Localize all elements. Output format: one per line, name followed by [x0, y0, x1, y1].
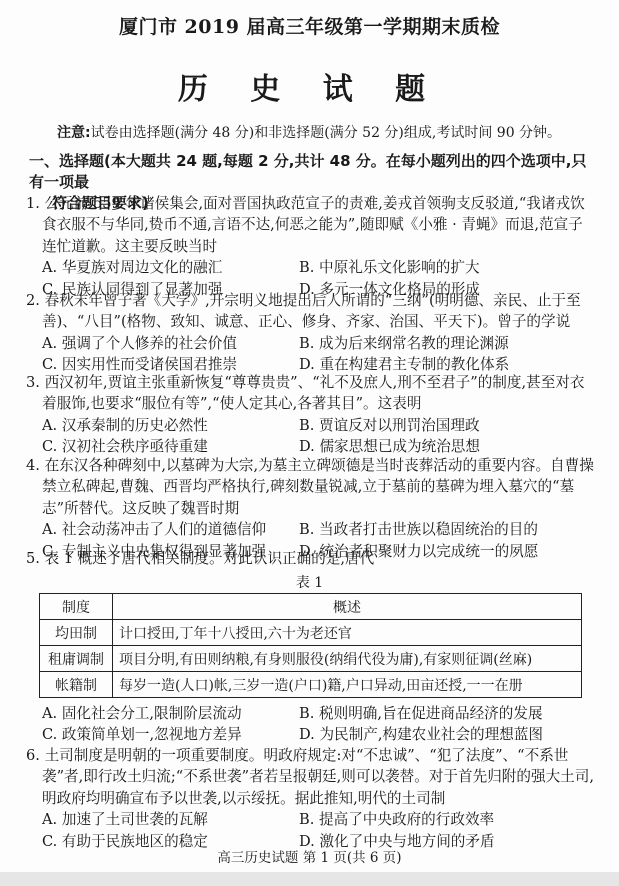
notice-label: 注意: — [57, 125, 91, 141]
option-a[interactable]: A. 汉承秦制的历史必然性 — [42, 415, 299, 436]
question-6: 6. 土司制度是明朝的一项重要制度。明政府规定:对“不忠诚”、“犯了法度”、“不… — [26, 745, 594, 852]
option-b[interactable]: B. 税则明确,旨在促进商品经济的发展 — [299, 703, 599, 724]
table-header-row: 制度 概述 — [40, 594, 582, 620]
question-2: 2. 春秋末年曾子著《大学》,开宗明义地提出后人所谓的“三纲”(明明德、亲民、止… — [26, 290, 594, 376]
option-a[interactable]: A. 加速了土司世袭的瓦解 — [42, 809, 299, 830]
question-5-options: A. 固化社会分工,限制阶层流动 B. 税则明确,旨在促进商品经济的发展 C. … — [26, 703, 594, 746]
option-b[interactable]: B. 成为后来纲常名教的理论渊源 — [299, 333, 599, 354]
exam-title: 历 史 试 题 — [0, 64, 619, 108]
question-stem: 4. 在东汉各种碑刻中,以墓碑为大宗,为墓主立碑颂德是当时丧葬活动的重要内容。自… — [26, 455, 594, 519]
option-b[interactable]: B. 提高了中央政府的行政效率 — [299, 809, 599, 830]
table-row: 均田制 计口授田,丁年十八授田,六十为老还官 — [40, 620, 582, 646]
exam-subtitle: 厦门市 2019 届高三年级第一学期期末质检 — [0, 12, 619, 39]
option-b[interactable]: B. 当政者打击世族以稳固统治的目的 — [299, 519, 599, 540]
table-cell: 计口授田,丁年十八授田,六十为老还官 — [113, 620, 582, 646]
table-cell: 项目分明,有田则纳粮,有身则服役(纳绢代役为庸),有家则征调(丝麻) — [113, 646, 582, 672]
table-caption: 表 1 — [0, 572, 619, 592]
table-row: 租庸调制 项目分明,有田则纳粮,有身则服役(纳绢代役为庸),有家则征调(丝麻) — [40, 646, 582, 672]
section-heading-line1: 一、选择题(本大题共 24 题,每题 2 分,共计 48 分。在每小题列出的四个… — [29, 151, 594, 193]
question-stem: 2. 春秋末年曾子著《大学》,开宗明义地提出后人所谓的“三纲”(明明德、亲民、止… — [26, 290, 594, 333]
table-1: 制度 概述 均田制 计口授田,丁年十八授田,六十为老还官 租庸调制 项目分明,有… — [39, 593, 582, 698]
question-5: 5. 表 1 概述了唐代相关制度。对此认识正确的是,唐代 — [26, 548, 594, 569]
option-b[interactable]: B. 贾谊反对以刑罚治国理政 — [299, 415, 599, 436]
question-options: A. 汉承秦制的历史必然性 B. 贾谊反对以刑罚治国理政 C. 汉初社会秩序亟待… — [26, 415, 594, 458]
table-cell: 均田制 — [40, 620, 113, 646]
question-options: A. 强调了个人修养的社会价值 B. 成为后来纲常名教的理论渊源 C. 因实用性… — [26, 333, 594, 376]
question-stem: 3. 西汉初年,贾谊主张重新恢复“尊尊贵贵”、“礼不及庶人,刑不至君子”的制度,… — [26, 372, 594, 415]
option-b[interactable]: B. 中原礼乐文化影响的扩大 — [299, 257, 599, 278]
exam-notice: 注意:试卷由选择题(满分 48 分)和非选择题(满分 52 分)组成,考试时间 … — [57, 122, 617, 142]
option-d[interactable]: D. 为民制产,构建农业社会的理想蓝图 — [299, 724, 599, 745]
table-cell: 帐籍制 — [40, 672, 113, 698]
question-3: 3. 西汉初年,贾谊主张重新恢复“尊尊贵贵”、“礼不及庶人,刑不至君子”的制度,… — [26, 372, 594, 458]
question-4: 4. 在东汉各种碑刻中,以墓碑为大宗,为墓主立碑颂德是当时丧葬活动的重要内容。自… — [26, 455, 594, 562]
option-a[interactable]: A. 社会动荡冲击了人们的道德信仰 — [42, 519, 299, 540]
page-footer: 高三历史试题 第 1 页(共 6 页) — [0, 846, 619, 866]
table-cell: 每岁一造(人口)帐,三岁一造(户口)籍,户口异动,田亩还授,一一在册 — [113, 672, 582, 698]
table-row: 帐籍制 每岁一造(人口)帐,三岁一造(户口)籍,户口异动,田亩还授,一一在册 — [40, 672, 582, 698]
option-c[interactable]: C. 政策简单划一,忽视地方差异 — [42, 724, 299, 745]
notice-text: 试卷由选择题(满分 48 分)和非选择题(满分 52 分)组成,考试时间 90 … — [91, 125, 561, 141]
question-stem: 6. 土司制度是明朝的一项重要制度。明政府规定:对“不忠诚”、“犯了法度”、“不… — [26, 745, 594, 809]
table-header: 概述 — [113, 594, 582, 620]
option-a[interactable]: A. 强调了个人修养的社会价值 — [42, 333, 299, 354]
question-1: 1. 公元前 559 年诸侯集会,面对晋国执政范宣子的责难,姜戎首领驹支反驳道,… — [26, 193, 594, 300]
option-a[interactable]: A. 固化社会分工,限制阶层流动 — [42, 703, 299, 724]
question-options: A. 固化社会分工,限制阶层流动 B. 税则明确,旨在促进商品经济的发展 C. … — [26, 703, 594, 746]
option-a[interactable]: A. 华夏族对周边文化的融汇 — [42, 257, 299, 278]
question-stem: 1. 公元前 559 年诸侯集会,面对晋国执政范宣子的责难,姜戎首领驹支反驳道,… — [26, 193, 594, 257]
table-header: 制度 — [40, 594, 113, 620]
exam-page: 厦门市 2019 届高三年级第一学期期末质检 历 史 试 题 注意:试卷由选择题… — [0, 0, 619, 872]
table-cell: 租庸调制 — [40, 646, 113, 672]
question-stem: 5. 表 1 概述了唐代相关制度。对此认识正确的是,唐代 — [26, 548, 594, 569]
